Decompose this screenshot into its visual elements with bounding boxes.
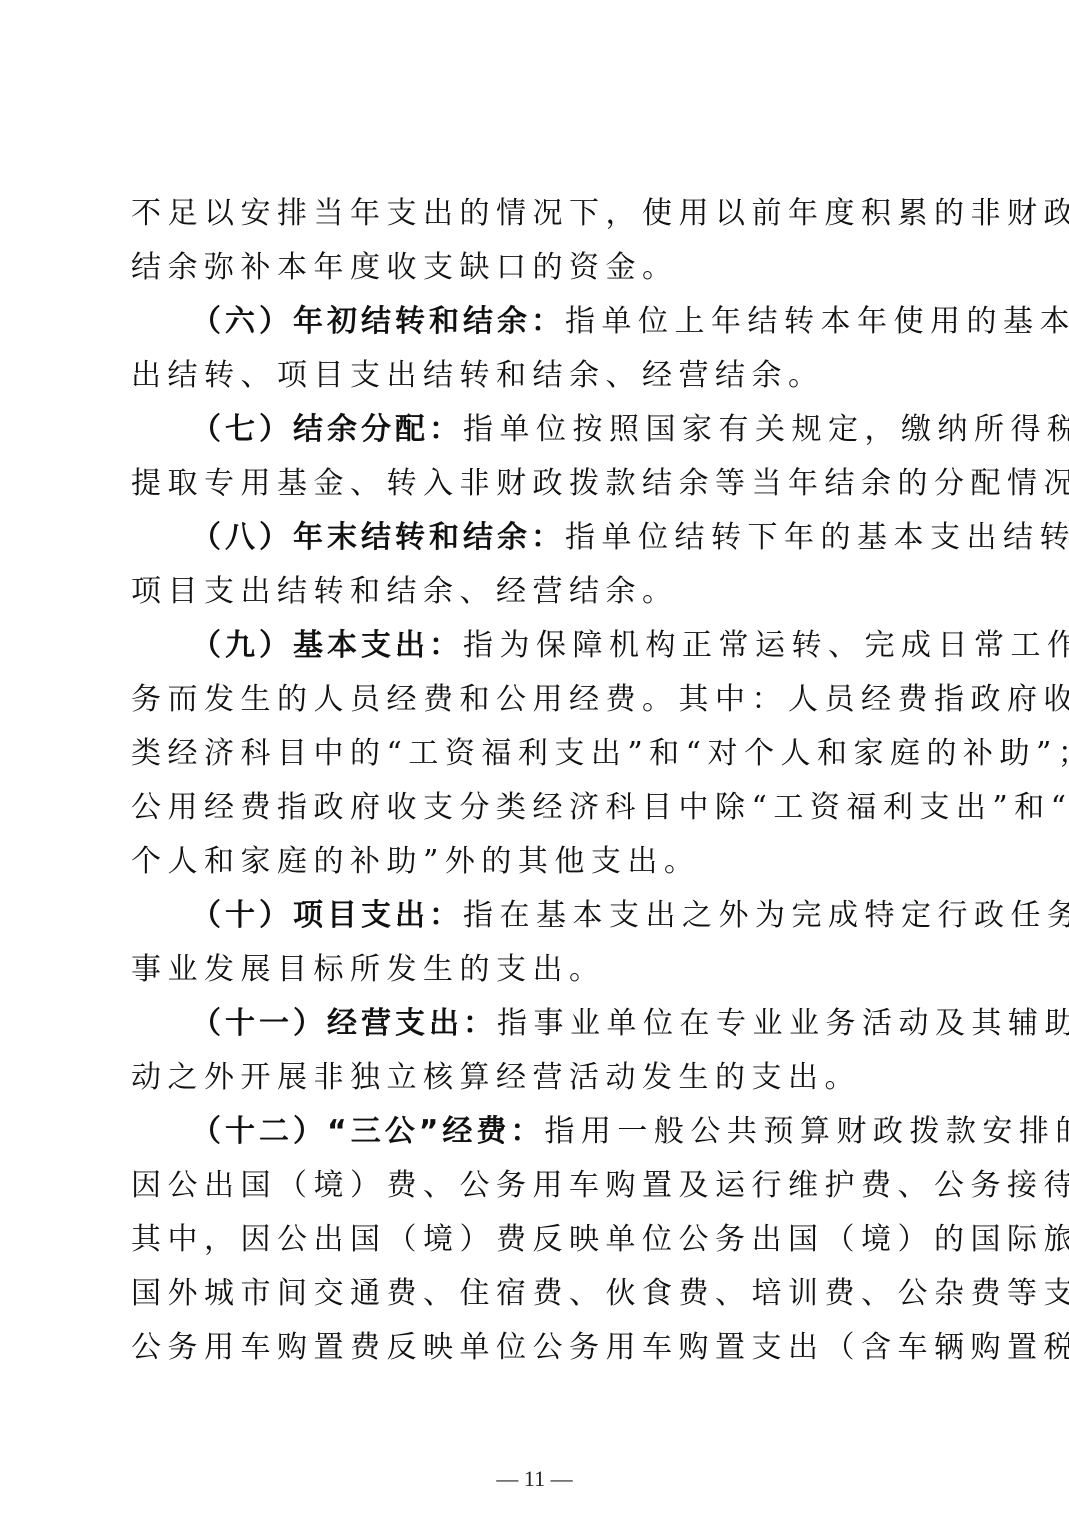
line-text: 类经济科目中的“工资福利支出”和“对个人和家庭的补助”；	[131, 736, 1069, 771]
body-line: 类经济科目中的“工资福利支出”和“对个人和家庭的补助”；	[131, 727, 943, 781]
line-text: 出结转、项目支出结转和结余、经营结余。	[131, 358, 825, 393]
line-text: 不足以安排当年支出的情况下，使用以前年度积累的非财政拨款	[131, 196, 1069, 231]
definition-heading-line: （八）年末结转和结余：指单位结转下年的基本支出结转、	[191, 511, 943, 565]
line-text: 事业发展目标所发生的支出。	[131, 952, 606, 987]
body-line: 提取专用基金、转入非财政拨款结余等当年结余的分配情况。	[131, 457, 943, 511]
line-text: 指单位结转下年的基本支出结转、	[565, 520, 1069, 555]
term-heading: （十一）经营支出：	[191, 1006, 497, 1041]
body-line: 国外城市间交通费、住宿费、伙食费、培训费、公杂费等支出；	[131, 1267, 943, 1321]
line-text: 结余弥补本年度收支缺口的资金。	[131, 250, 679, 285]
body-line: 公用经费指政府收支分类经济科目中除“工资福利支出”和“对	[131, 781, 943, 835]
line-text: 项目支出结转和结余、经营结余。	[131, 574, 679, 609]
term-heading: （十二）“三公”经费：	[191, 1114, 544, 1149]
definition-heading-line: （十一）经营支出：指事业单位在专业业务活动及其辅助活	[191, 997, 943, 1051]
line-text: 国外城市间交通费、住宿费、伙食费、培训费、公杂费等支出；	[131, 1276, 1069, 1311]
definition-heading-line: （六）年初结转和结余：指单位上年结转本年使用的基本支	[191, 295, 943, 349]
page-number: — 11 —	[0, 1466, 1069, 1492]
body-line: 公务用车购置费反映单位公务用车购置支出（含车辆购置税）；	[131, 1321, 943, 1375]
term-heading: （十）项目支出：	[191, 898, 463, 933]
term-heading: （八）年末结转和结余：	[191, 520, 565, 555]
line-text: 指用一般公共预算财政拨款安排的	[544, 1114, 1069, 1149]
body-line: 出结转、项目支出结转和结余、经营结余。	[131, 349, 943, 403]
line-text: 公用经费指政府收支分类经济科目中除“工资福利支出”和“对	[131, 790, 1069, 825]
body-line: 结余弥补本年度收支缺口的资金。	[131, 241, 943, 295]
definition-heading-line: （十）项目支出：指在基本支出之外为完成特定行政任务和	[191, 889, 943, 943]
body-line: 动之外开展非独立核算经营活动发生的支出。	[131, 1051, 943, 1105]
body-line: 事业发展目标所发生的支出。	[131, 943, 943, 997]
definition-heading-line: （十二）“三公”经费：指用一般公共预算财政拨款安排的	[191, 1105, 943, 1159]
line-text: 其中，因公出国（境）费反映单位公务出国（境）的国际旅费、	[131, 1222, 1069, 1257]
body-line: 项目支出结转和结余、经营结余。	[131, 565, 943, 619]
line-text: 指单位按照国家有关规定，缴纳所得税、	[463, 412, 1069, 447]
line-text: 务而发生的人员经费和公用经费。其中：人员经费指政府收支分	[131, 682, 1069, 717]
line-text: 因公出国（境）费、公务用车购置及运行维护费、公务接待费。	[131, 1168, 1069, 1203]
line-text: 提取专用基金、转入非财政拨款结余等当年结余的分配情况。	[131, 466, 1069, 501]
document-page: 不足以安排当年支出的情况下，使用以前年度积累的非财政拨款 结余弥补本年度收支缺口…	[0, 0, 1069, 1515]
line-text: 指事业单位在专业业务活动及其辅助活	[497, 1006, 1069, 1041]
line-text: 公务用车购置费反映单位公务用车购置支出（含车辆购置税）；	[131, 1330, 1069, 1365]
body-line: 因公出国（境）费、公务用车购置及运行维护费、公务接待费。	[131, 1159, 943, 1213]
definition-heading-line: （九）基本支出：指为保障机构正常运转、完成日常工作任	[191, 619, 943, 673]
line-text: 动之外开展非独立核算经营活动发生的支出。	[131, 1060, 861, 1095]
term-heading: （六）年初结转和结余：	[191, 304, 565, 339]
body-line: 个人和家庭的补助”外的其他支出。	[131, 835, 943, 889]
line-text: 指为保障机构正常运转、完成日常工作任	[463, 628, 1069, 663]
definition-heading-line: （七）结余分配：指单位按照国家有关规定，缴纳所得税、	[191, 403, 943, 457]
term-heading: （七）结余分配：	[191, 412, 463, 447]
line-text: 指单位上年结转本年使用的基本支	[565, 304, 1069, 339]
body-line: 务而发生的人员经费和公用经费。其中：人员经费指政府收支分	[131, 673, 943, 727]
line-text: 个人和家庭的补助”外的其他支出。	[131, 844, 700, 879]
body-line: 不足以安排当年支出的情况下，使用以前年度积累的非财政拨款	[131, 187, 943, 241]
body-line: 其中，因公出国（境）费反映单位公务出国（境）的国际旅费、	[131, 1213, 943, 1267]
line-text: 指在基本支出之外为完成特定行政任务和	[463, 898, 1069, 933]
term-heading: （九）基本支出：	[191, 628, 463, 663]
